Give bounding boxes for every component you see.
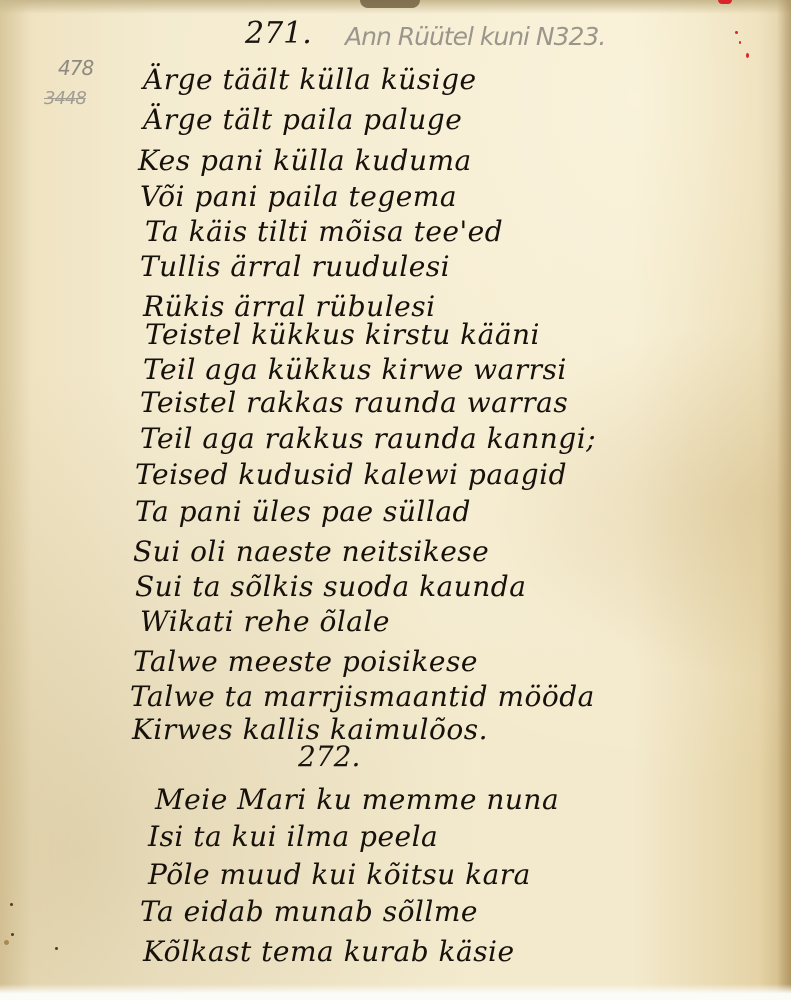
- verse-line: Ta pani üles pae süllad: [135, 495, 471, 528]
- ink-dot: [55, 947, 58, 950]
- verse-line: Sui ta sõlkis suoda kaunda: [135, 570, 526, 603]
- red-ink-speck: [739, 41, 741, 44]
- verse-line: Teil aga kükkus kirwe warrsi: [143, 353, 567, 386]
- red-ink-speck: [735, 31, 738, 34]
- manuscript-page: 478 3448 271. Ann Rüütel kuni N323. Ärge…: [0, 0, 791, 1000]
- song-number: 272.: [298, 740, 360, 773]
- page-bottom-edge: [0, 984, 791, 1000]
- ink-dot: [10, 903, 13, 906]
- archive-number: 478: [58, 56, 93, 80]
- red-ink-mark: [718, 0, 732, 4]
- verse-line: Wikati rehe õlale: [140, 605, 390, 638]
- red-ink-speck: [746, 53, 749, 58]
- ink-dot: [4, 940, 9, 945]
- verse-line: Teised kudusid kalewi paagid: [135, 458, 567, 491]
- verse-line: Teistel rakkas raunda warras: [140, 386, 568, 419]
- verse-line: Meie Mari ku memme nuna: [155, 783, 559, 816]
- verse-line: Kes pani külla kuduma: [138, 144, 472, 177]
- verse-line: Isi ta kui ilma peela: [148, 820, 438, 853]
- verse-line: Või pani paila tegema: [140, 180, 457, 213]
- verse-line: Teil aga rakkus raunda kanngi;: [140, 422, 596, 455]
- verse-line: Talwe ta marrjismaantid mööda: [130, 680, 595, 713]
- verse-line: Põle muud kui kõitsu kara: [148, 858, 531, 891]
- verse-line: Ärge täält külla küsige: [143, 63, 477, 96]
- page-tear: [360, 0, 420, 8]
- verse-line: Sui oli naeste neitsikese: [133, 535, 489, 568]
- verse-line: Teistel kükkus kirstu kääni: [145, 318, 540, 351]
- verse-line: Talwe meeste poisikese: [133, 645, 478, 678]
- crossed-out-number: 3448: [44, 88, 86, 109]
- verse-line: Tullis ärral ruudulesi: [140, 250, 450, 283]
- verse-line: Ta käis tilti mõisa tee'ed: [145, 215, 503, 248]
- verse-line: Kõlkast tema kurab käsie: [143, 935, 515, 968]
- song-number: 271.: [245, 16, 312, 51]
- page-right-shadow: [777, 0, 791, 1000]
- ink-dot: [11, 933, 14, 936]
- verse-line: Ta eidab munab sõllme: [140, 895, 478, 928]
- verse-line: Ärge tält paila paluge: [143, 103, 462, 136]
- collector-pencil-note: Ann Rüütel kuni N323.: [345, 22, 605, 51]
